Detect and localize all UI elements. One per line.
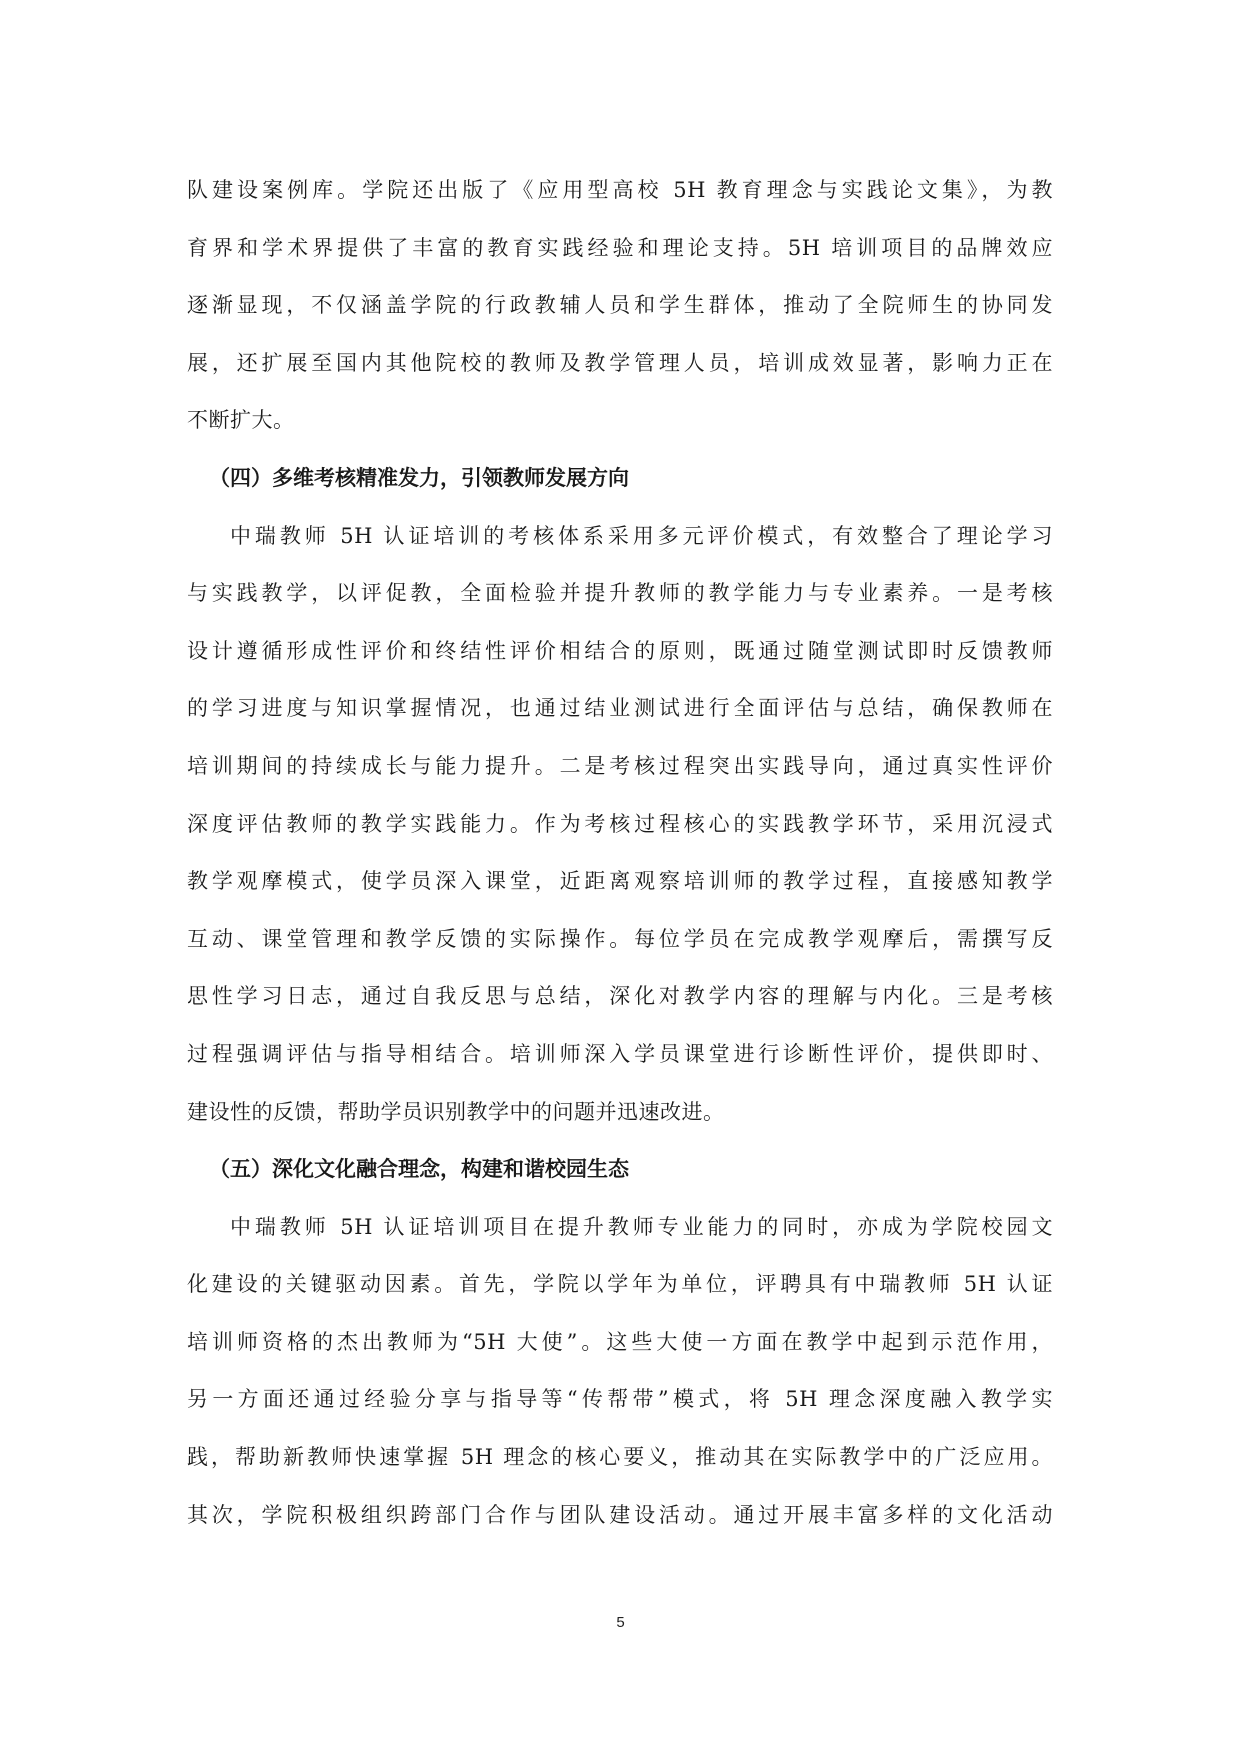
text-line: 建设性的反馈，帮助学员识别教学中的问题并迅速改进。 bbox=[187, 1084, 1053, 1142]
text-line: 其次，学院积极组织跨部门合作与团队建设活动。通过开展丰富多样的文化活动 bbox=[187, 1487, 1053, 1545]
text-line: 培训师资格的杰出教师为“5H 大使”。这些大使一方面在教学中起到示范作用， bbox=[187, 1314, 1053, 1372]
text-line: 的学习进度与知识掌握情况，也通过结业测试进行全面评估与总结，确保教师在 bbox=[187, 680, 1053, 738]
text-line: 不断扩大。 bbox=[187, 392, 1053, 450]
page-number: 5 bbox=[0, 1614, 1241, 1631]
section-heading-4: （四）多维考核精准发力，引领教师发展方向 bbox=[187, 450, 1053, 508]
text-line: 与实践教学，以评促教，全面检验并提升教师的教学能力与专业素养。一是考核 bbox=[187, 565, 1053, 623]
text-line: 育界和学术界提供了丰富的教育实践经验和理论支持。5H 培训项目的品牌效应 bbox=[187, 220, 1053, 278]
text-line: 培训期间的持续成长与能力提升。二是考核过程突出实践导向，通过真实性评价 bbox=[187, 738, 1053, 796]
text-line: 逐渐显现，不仅涵盖学院的行政教辅人员和学生群体，推动了全院师生的协同发 bbox=[187, 277, 1053, 335]
text-line: 中瑞教师 5H 认证培训项目在提升教师专业能力的同时，亦成为学院校园文 bbox=[187, 1199, 1053, 1257]
text-line: 过程强调评估与指导相结合。培训师深入学员课堂进行诊断性评价，提供即时、 bbox=[187, 1026, 1053, 1084]
text-line: 化建设的关键驱动因素。首先，学院以学年为单位，评聘具有中瑞教师 5H 认证 bbox=[187, 1256, 1053, 1314]
text-line: 思性学习日志，通过自我反思与总结，深化对教学内容的理解与内化。三是考核 bbox=[187, 968, 1053, 1026]
text-line: 中瑞教师 5H 认证培训的考核体系采用多元评价模式，有效整合了理论学习 bbox=[187, 508, 1053, 566]
paragraph-continuation: 队建设案例库。学院还出版了《应用型高校 5H 教育理念与实践论文集》，为教 育界… bbox=[187, 162, 1053, 450]
text-line: 设计遵循形成性评价和终结性评价相结合的原则，既通过随堂测试即时反馈教师 bbox=[187, 623, 1053, 681]
section-heading-5: （五）深化文化融合理念，构建和谐校园生态 bbox=[187, 1141, 1053, 1199]
text-line: 互动、课堂管理和教学反馈的实际操作。每位学员在完成教学观摩后，需撰写反 bbox=[187, 911, 1053, 969]
text-line: 展，还扩展至国内其他院校的教师及教学管理人员，培训成效显著，影响力正在 bbox=[187, 335, 1053, 393]
paragraph-assessment: 中瑞教师 5H 认证培训的考核体系采用多元评价模式，有效整合了理论学习 与实践教… bbox=[187, 508, 1053, 1142]
text-line: 深度评估教师的教学实践能力。作为考核过程核心的实践教学环节，采用沉浸式 bbox=[187, 796, 1053, 854]
document-page: 队建设案例库。学院还出版了《应用型高校 5H 教育理念与实践论文集》，为教 育界… bbox=[187, 162, 1053, 1544]
text-line: 另一方面还通过经验分享与指导等“传帮带”模式，将 5H 理念深度融入教学实 bbox=[187, 1371, 1053, 1429]
text-line: 践，帮助新教师快速掌握 5H 理念的核心要义，推动其在实际教学中的广泛应用。 bbox=[187, 1429, 1053, 1487]
text-line: 教学观摩模式，使学员深入课堂，近距离观察培训师的教学过程，直接感知教学 bbox=[187, 853, 1053, 911]
text-line: 队建设案例库。学院还出版了《应用型高校 5H 教育理念与实践论文集》，为教 bbox=[187, 162, 1053, 220]
paragraph-culture: 中瑞教师 5H 认证培训项目在提升教师专业能力的同时，亦成为学院校园文 化建设的… bbox=[187, 1199, 1053, 1545]
